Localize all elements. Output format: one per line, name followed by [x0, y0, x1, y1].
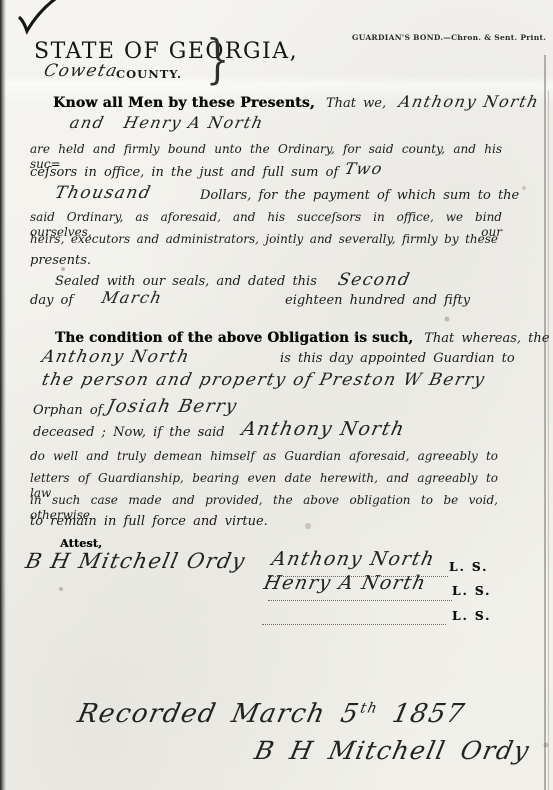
bond-body-line-2: ceſsors in office, in the just and full …	[30, 165, 338, 181]
scan-edge-right	[544, 55, 546, 790]
county-label: COUNTY.	[116, 67, 182, 81]
recorded-year: 1857	[374, 699, 468, 729]
whereas-text: That whereas, the said	[424, 331, 553, 346]
bond-body-line-5: heirs, executors and administrators, joi…	[30, 232, 498, 247]
month-handwritten: March	[100, 288, 165, 308]
that-we-text: That we,	[326, 96, 386, 111]
guardians-bond-document: GUARDIAN'S BOND.—Chron. & Sent. Print. S…	[0, 0, 553, 790]
checkmark-icon	[16, 0, 62, 38]
recording-officer-handwritten: B H Mitchell Ordy	[252, 735, 533, 766]
year-printed-text: eighteen hundred and fifty	[285, 293, 470, 309]
condition-body-line-4: to remain in full force and virtue.	[30, 514, 268, 530]
heading-brace: }	[201, 34, 234, 86]
county-name-handwritten: Coweta	[42, 61, 120, 82]
deceased-text: deceased ; Now, if the said	[33, 425, 225, 441]
condition-clause: The condition of the above Obligation is…	[55, 330, 413, 346]
printer-credit: GUARDIAN'S BOND.—Chron. & Sent. Print.	[352, 33, 546, 42]
recorded-date-pre: Recorded March 5	[75, 699, 363, 729]
sealed-text: Sealed with our seals, and dated this	[55, 274, 317, 289]
orphan-of-text: Orphan of	[33, 403, 102, 419]
day-of-text: day of	[30, 293, 73, 309]
condition-body-line-1: do well and truly demean himself as Guar…	[30, 449, 498, 464]
guardian-name-handwritten: Anthony North	[40, 347, 192, 368]
bond-body-line-6: presents.	[30, 253, 91, 269]
bond-body-line-3: Dollars, for the payment of which sum to…	[200, 188, 519, 204]
seal-label-1: L. S.	[449, 560, 488, 575]
amount-word-1-handwritten: Two	[343, 159, 385, 179]
recorded-line-handwritten: Recorded March 5th 1857	[75, 698, 469, 731]
seal-label-3: L. S.	[452, 609, 491, 624]
principal-name-handwritten: Anthony North	[397, 92, 541, 112]
amount-word-2-handwritten: Thousand	[53, 183, 154, 204]
scan-edge-right-faint	[548, 90, 549, 790]
appointed-text: is this day appointed Guardian to	[280, 351, 515, 367]
signature-line-3	[262, 624, 446, 625]
scan-edge-left	[0, 0, 6, 790]
and-word-handwritten: and	[68, 113, 107, 133]
ward-line-handwritten: the person and property of Preston W Ber…	[40, 370, 488, 391]
opening-clause: Know all Men by these Presents,	[53, 95, 315, 111]
cosigner-name-handwritten: Henry A North	[122, 113, 266, 133]
paper-specks	[0, 0, 2, 2]
signature-line-2	[268, 600, 452, 601]
day-value-handwritten: Second	[336, 270, 413, 291]
seal-label-2: L. S.	[452, 584, 491, 599]
parent-name-handwritten: Josiah Berry	[105, 396, 240, 419]
witness-signature-handwritten: B H Mitchell Ordy	[23, 548, 248, 574]
signature-2-handwritten: Henry A North	[261, 572, 428, 596]
signature-1-handwritten: Anthony North	[269, 548, 437, 572]
guardian-name-2-handwritten: Anthony North	[239, 418, 407, 442]
